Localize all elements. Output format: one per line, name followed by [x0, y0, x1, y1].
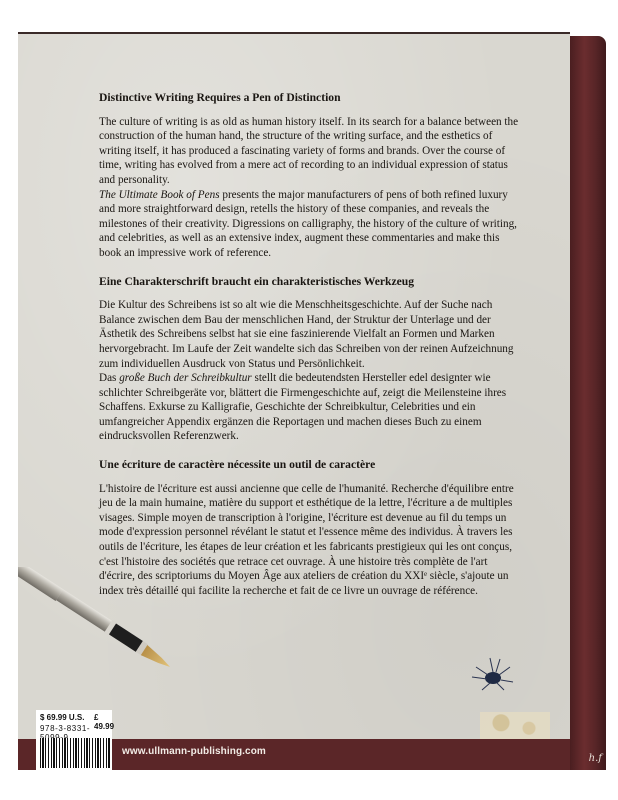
book-title: The Ultimate Book of Pens — [99, 189, 220, 201]
spine-mark: h.f — [589, 753, 602, 764]
section-paragraph: The culture of writing is as old as huma… — [99, 115, 519, 188]
blurb-text: Distinctive Writing Requires a Pen of Di… — [99, 91, 519, 612]
section-paragraph: L'histoire de l'écriture est aussi ancie… — [99, 482, 519, 599]
book-title: große Buch der Schreibkultur — [119, 372, 251, 384]
section-german: Eine Charakterschrift braucht ein charak… — [99, 275, 519, 445]
ink-splatter-icon — [468, 652, 518, 692]
section-heading: Distinctive Writing Requires a Pen of Di… — [99, 91, 519, 106]
book-spine: h.f — [570, 36, 606, 770]
publisher-url[interactable]: www.ullmann-publishing.com — [122, 746, 266, 757]
section-french: Une écriture de caractère nécessite un o… — [99, 458, 519, 598]
section-heading: Une écriture de caractère nécessite un o… — [99, 458, 519, 473]
section-english: Distinctive Writing Requires a Pen of Di… — [99, 91, 519, 261]
title-prefix: Das — [99, 372, 119, 384]
section-heading: Eine Charakterschrift braucht ein charak… — [99, 275, 519, 290]
price-us: $ 69.99 U.S. — [40, 713, 84, 722]
barcode-label: $ 69.99 U.S. £ 49.99 978-3-8331-5099-9 — [36, 710, 112, 770]
section-paragraph: Das große Buch der Schreibkultur stellt … — [99, 371, 519, 444]
paper-patch — [480, 712, 550, 739]
barcode-icon — [40, 738, 110, 768]
section-paragraph: The Ultimate Book of Pens presents the m… — [99, 188, 519, 261]
section-paragraph: Die Kultur des Schreibens ist so alt wie… — [99, 298, 519, 371]
